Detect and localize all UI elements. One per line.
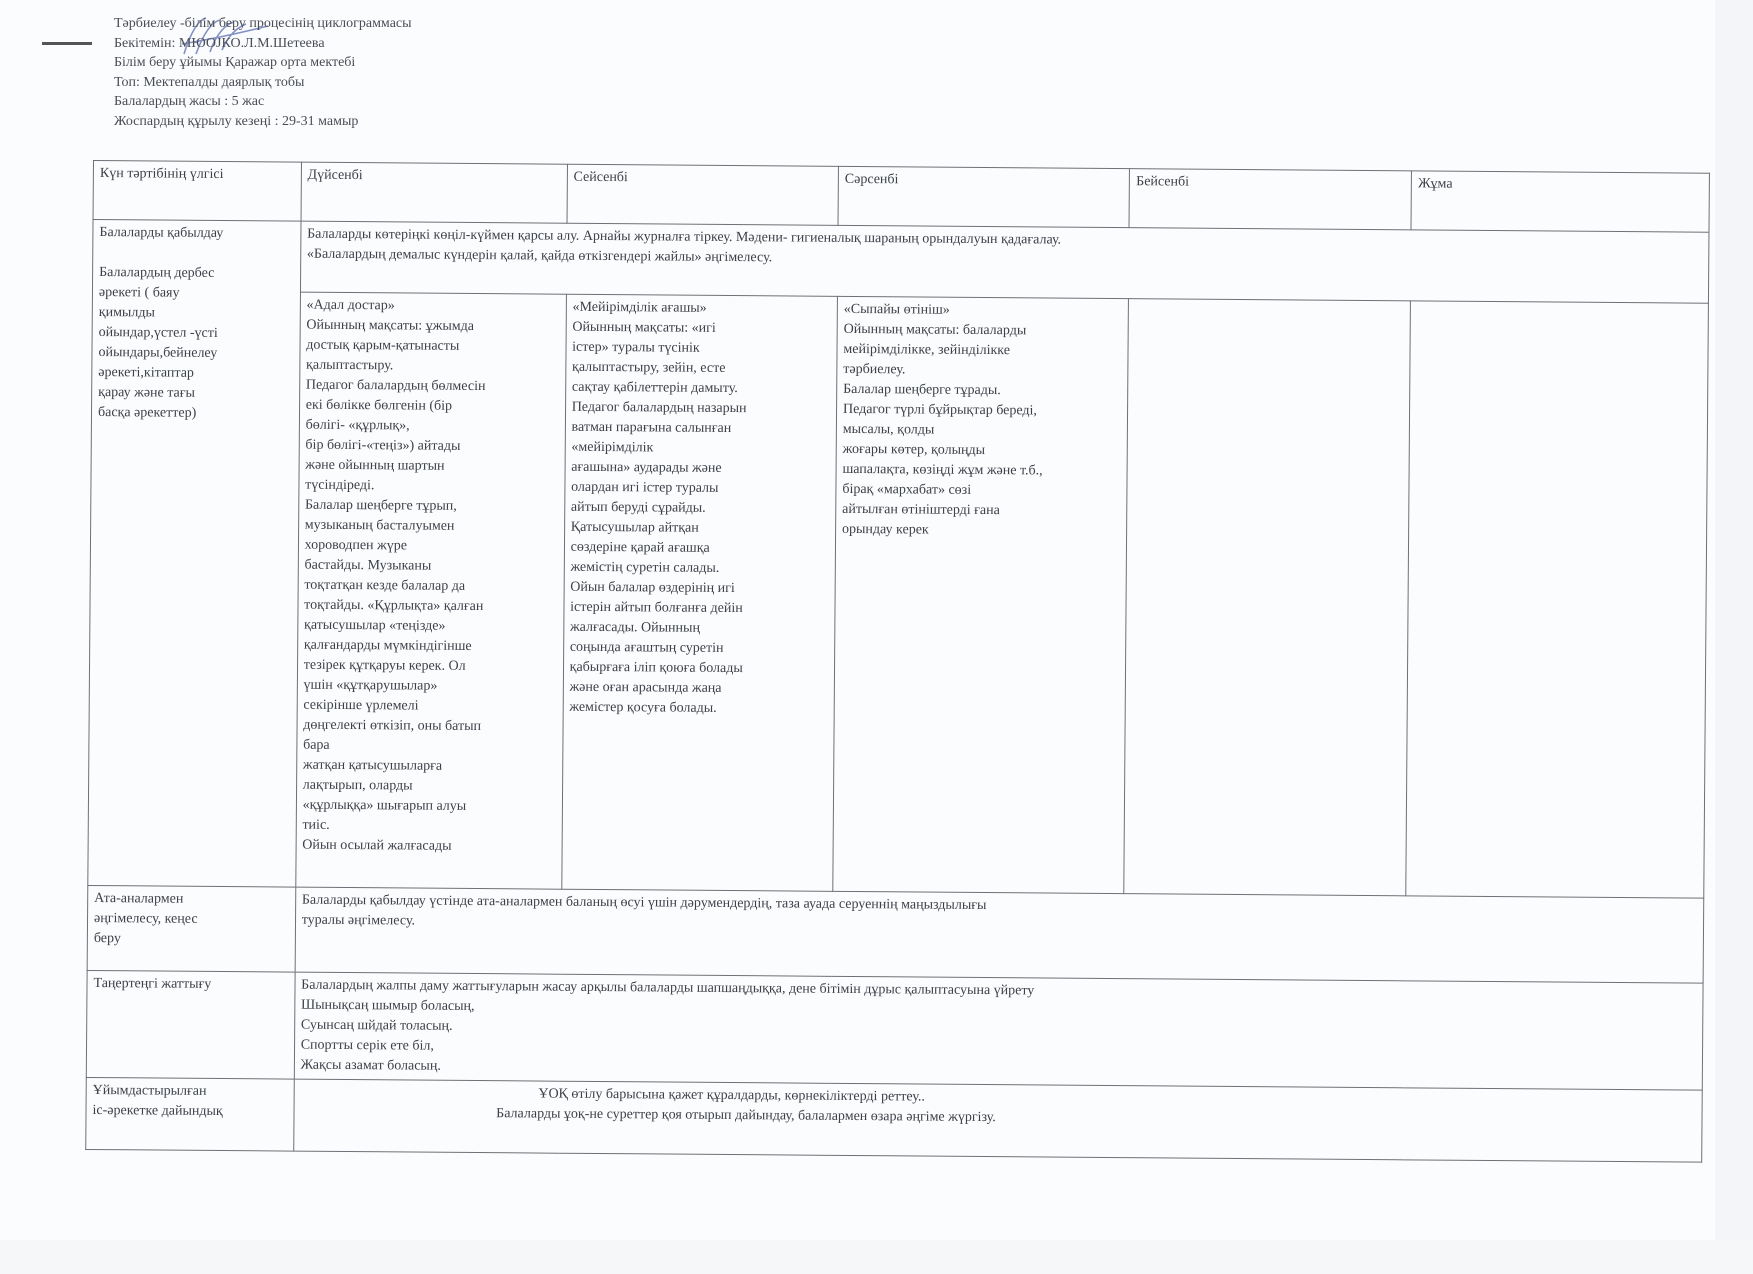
table-row-parents: Ата-аналармен әңгімелесу, кеңес беру Бал… <box>87 885 1704 983</box>
greeting-text: Балаларды көтеріңкі көңіл-күймен қарсы а… <box>300 221 1709 303</box>
children-age: Балалардың жасы : 5 жас <box>114 92 412 112</box>
activity-friday <box>1406 301 1708 898</box>
parents-text: Балаларды қабылдау үстінде ата-аналармен… <box>295 887 1704 983</box>
header-friday: Жұма <box>1411 171 1709 232</box>
document-header: Тәрбиелеу -білім беру процесінің циклогр… <box>114 14 412 131</box>
scan-edge-bottom <box>0 1240 1753 1274</box>
header-schedule: Күн тәртібінің үлгісі <box>93 161 301 222</box>
activity-monday: «Адал достар» Ойынның мақсаты: ұжымда до… <box>295 292 566 889</box>
plan-period: Жоспардың құрылу кезеңі : 29-31 мамыр <box>114 112 412 132</box>
label-preparation: Ұйымдастырылған іс-әрекетке дайындық <box>86 1077 294 1151</box>
table-row-preparation: Ұйымдастырылған іс-әрекетке дайындық ҰОҚ… <box>86 1077 1703 1162</box>
margin-mark <box>42 42 92 45</box>
label-greeting: Балаларды қабылдау <box>99 223 294 245</box>
scan-edge-right <box>1715 0 1753 1274</box>
activity-wednesday: «Сыпайы өтініш» Ойынның мақсаты: балалар… <box>833 296 1129 893</box>
preparation-text: ҰОҚ өтілу барысына қажет құралдарды, көр… <box>293 1079 1702 1162</box>
label-morning-exercise: Таңертеңгі жаттығу <box>86 970 295 1079</box>
activity-tuesday: «Мейірімділік ағашы» Ойынның мақсаты: «и… <box>561 294 837 891</box>
label-greeting-and-activities: Балаларды қабылдау Балалардың дербес әре… <box>88 220 301 888</box>
header-tuesday: Сейсенбі <box>567 164 839 225</box>
table-row-activities: «Адал достар» Ойынның мақсаты: ұжымда до… <box>88 290 1709 898</box>
organization: Білім беру ұйымы Қаражар орта мектебі <box>114 53 412 73</box>
table-row-greeting: Балаларды қабылдау Балалардың дербес әре… <box>92 220 1709 304</box>
approved-by: Бекітемін: МЮОЈКО.Л.М.Шетеева <box>114 34 412 54</box>
label-parents: Ата-аналармен әңгімелесу, кеңес беру <box>87 885 295 972</box>
header-thursday: Бейсенбі <box>1129 169 1411 230</box>
group: Топ: Мектепалды даярлық тобы <box>114 73 412 93</box>
doc-title: Тәрбиелеу -білім беру процесінің циклогр… <box>114 14 412 34</box>
morning-exercise-text: Балалардың жалпы даму жаттығуларын жасау… <box>294 972 1703 1090</box>
activity-thursday <box>1124 299 1411 896</box>
cyclogram-table: Күн тәртібінің үлгісі Дүйсенбі Сейсенбі … <box>85 160 1710 1163</box>
header-monday: Дүйсенбі <box>301 162 567 223</box>
table-row-morning-exercise: Таңертеңгі жаттығу Балалардың жалпы даму… <box>86 970 1703 1090</box>
header-wednesday: Сәрсенбі <box>838 166 1130 227</box>
